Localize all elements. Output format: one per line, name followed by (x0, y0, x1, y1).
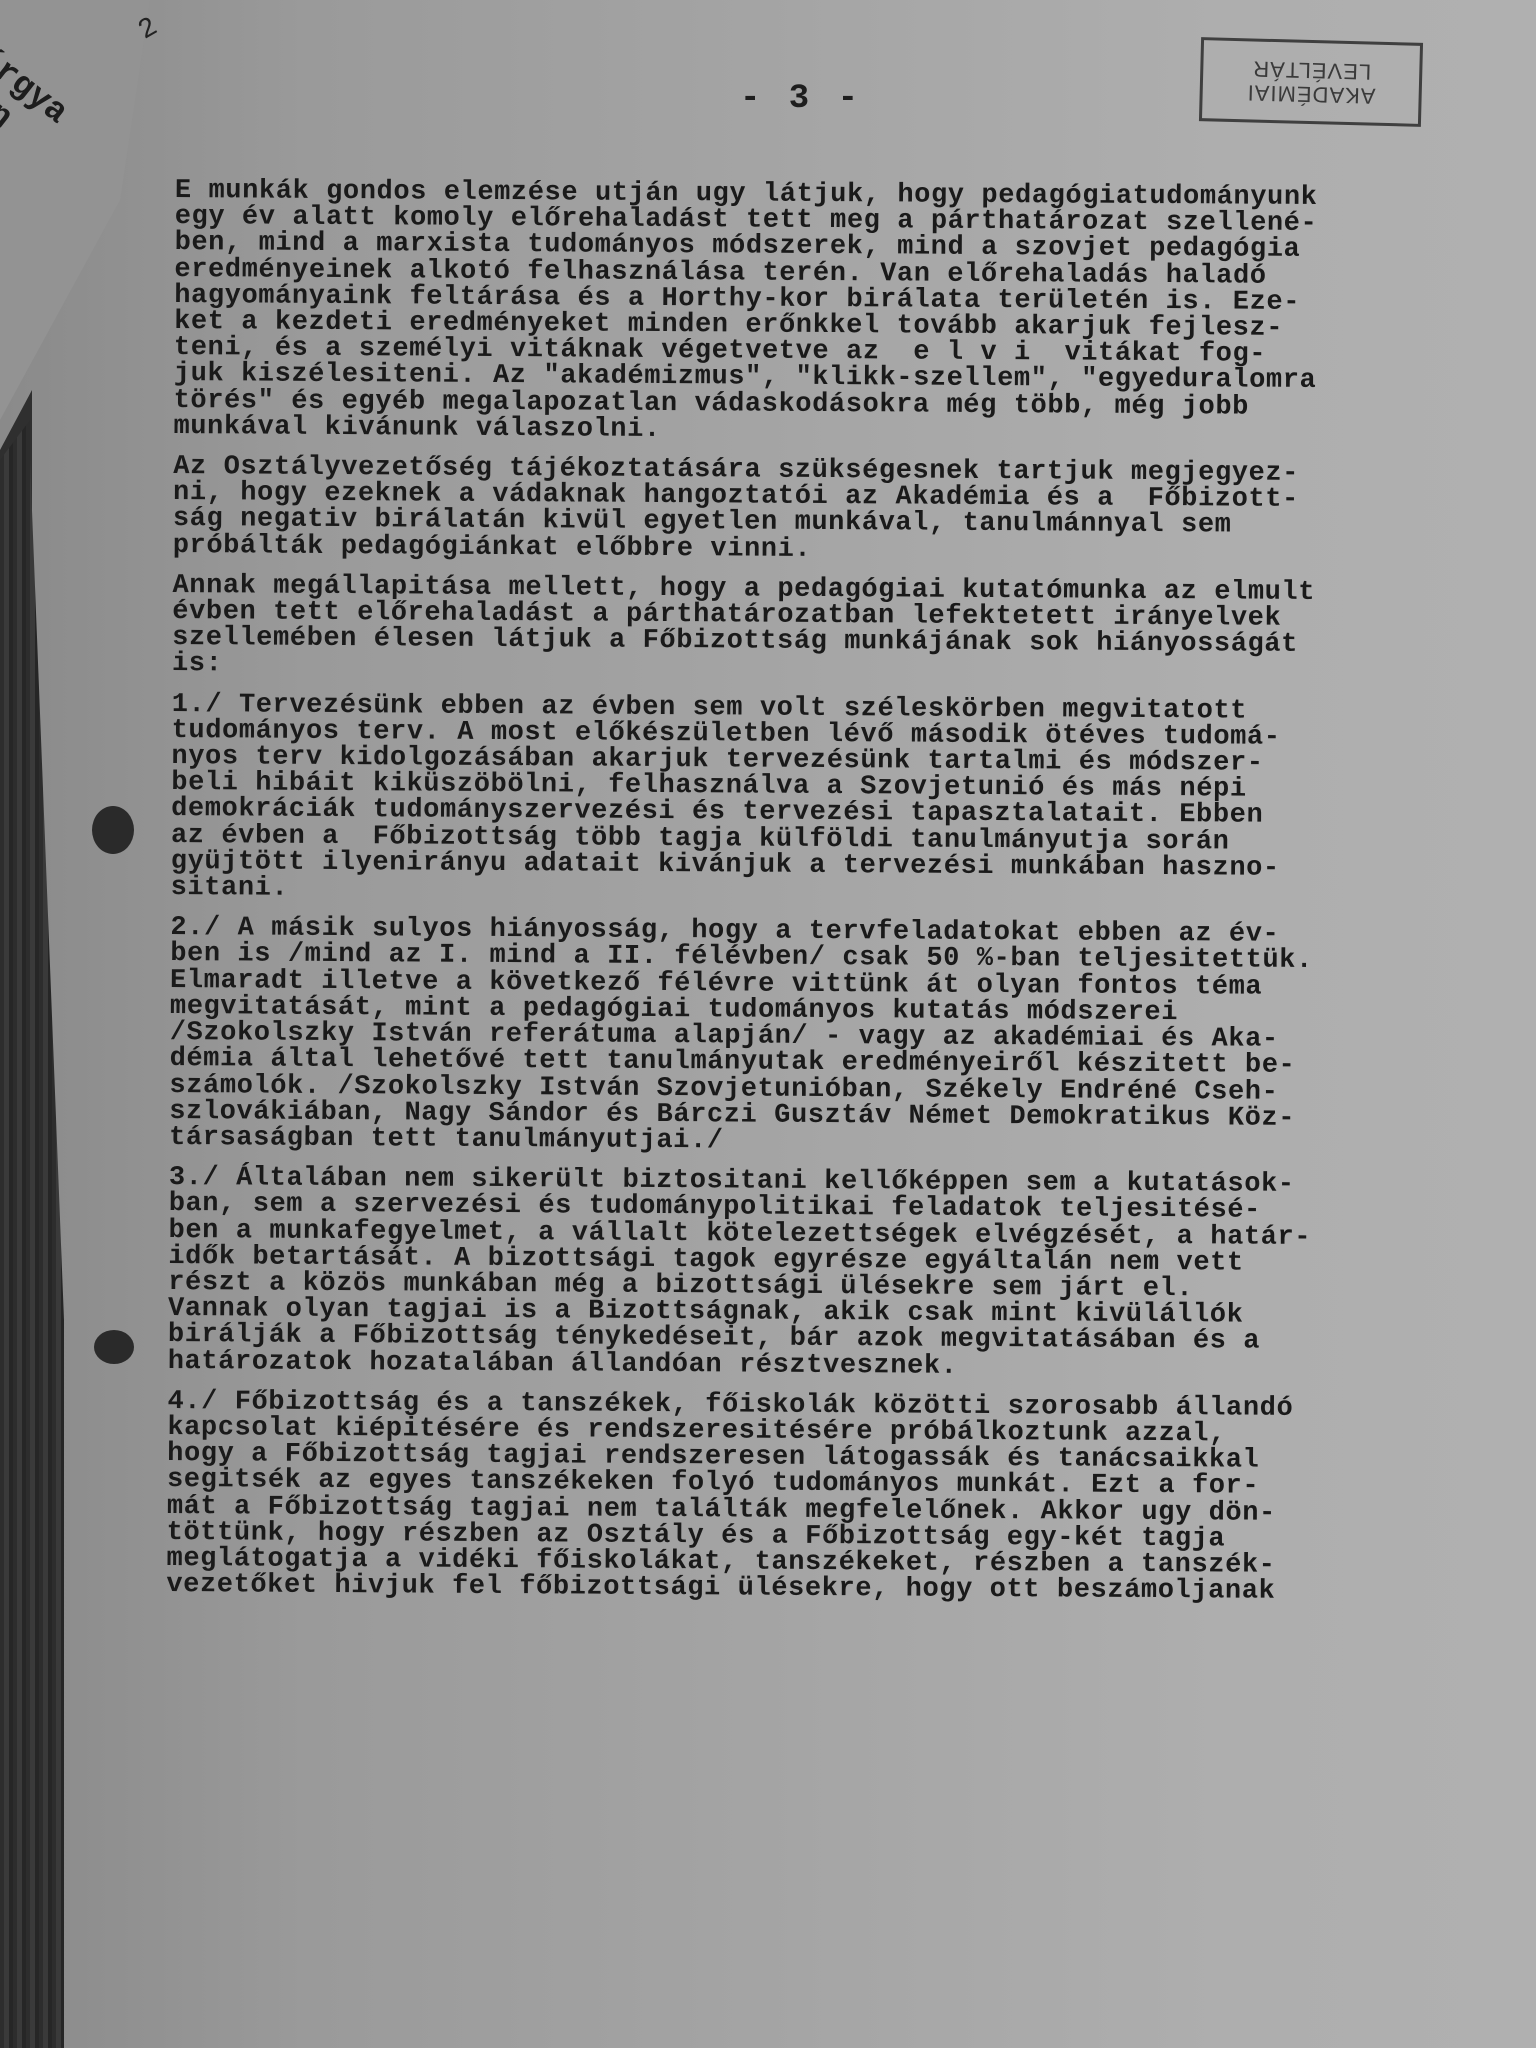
document-page: árgyaben 2 - 3 - AKADÉMIAI LEVÉLTÁR E mu… (0, 0, 1536, 2048)
paragraph: 2./ A másik sulyos hiányosság, hogy a te… (169, 915, 1500, 1159)
punch-hole-icon (94, 1330, 134, 1364)
binding-strip (0, 420, 64, 2048)
underlying-sheet-text: árgyaben (0, 40, 74, 163)
typewritten-body: E munkák gondos elemzése utján ugy látju… (166, 178, 1505, 1620)
paragraph: 1./ Tervezésünk ebben az évben sem volt … (171, 692, 1502, 910)
stamp-line-2: LEVÉLTÁR (1247, 56, 1376, 83)
punch-hole-icon (92, 806, 134, 854)
paragraph: 4./ Főbizottság és a tanszékek, főiskolá… (166, 1389, 1497, 1607)
paragraph: E munkák gondos elemzése utján ugy látju… (173, 178, 1505, 448)
paragraph: Annak megállapitása mellett, hogy a peda… (172, 573, 1503, 686)
underlying-sheet: árgyaben (0, 0, 150, 420)
archive-stamp: AKADÉMIAI LEVÉLTÁR (1199, 37, 1423, 127)
stamp-line-1: AKADÉMIAI (1246, 80, 1375, 107)
paragraph: 3./ Általában nem sikerült biztositani k… (168, 1165, 1499, 1383)
paragraph: Az Osztályvezetőség tájékoztatására szük… (173, 454, 1504, 567)
page-number: - 3 - (740, 80, 862, 118)
